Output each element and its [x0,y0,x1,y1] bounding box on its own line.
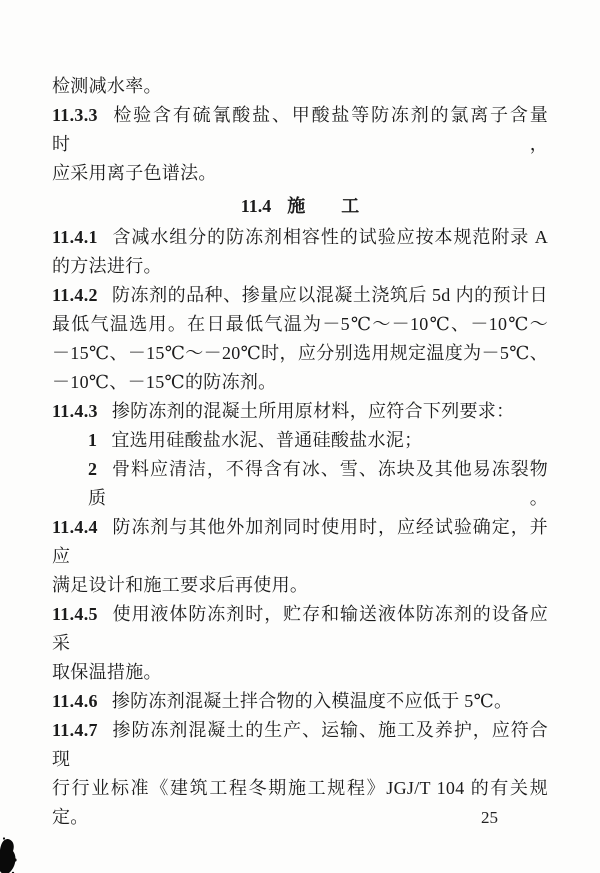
document-line: 检测减水率。 [52,72,548,101]
document-line: 11.4.4防冻剂与其他外加剂同时使用时，应经试验确定，并应 [52,513,548,571]
clause-number: 11.4.4 [52,517,98,537]
line-text: 的方法进行。 [52,256,162,276]
clause-number: 11.4.3 [52,401,98,421]
document-line: －10℃、－15℃的防冻剂。 [52,368,548,397]
document-line: 11.4.7掺防冻剂混凝土的生产、运输、施工及养护，应符合现 [52,716,548,774]
line-text: 使用液体防冻剂时，贮存和输送液体防冻剂的设备应采 [52,604,548,653]
document-line: 11.4.5使用液体防冻剂时，贮存和输送液体防冻剂的设备应采 [52,600,548,658]
document-line: 满足设计和施工要求后再使用。 [52,571,548,600]
document-line: 2骨料应清洁，不得含有冰、雪、冻块及其他易冻裂物质。 [52,455,548,513]
line-text: 掺防冻剂的混凝土所用原材料，应符合下列要求： [112,401,515,421]
line-text: 宜选用硅酸盐水泥、普通硅酸盐水泥； [111,430,422,450]
line-text: 取保温措施。 [52,662,162,682]
document-page: 检测减水率。 11.3.3检验含有硫氰酸盐、甲酸盐等防冻剂的氯离子含量时， 应采… [0,0,600,873]
line-text: 掺防冻剂混凝土拌合物的入模温度不应低于 5℃。 [112,691,513,711]
line-text: 应采用离子色谱法。 [52,163,217,183]
document-line: 11.4.3掺防冻剂的混凝土所用原材料，应符合下列要求： [52,397,548,426]
clause-number: 11.4.7 [52,720,98,740]
line-text: 含减水组分的防冻剂相容性的试验应按本规范附录 A [112,227,548,247]
document-line: 的方法进行。 [52,252,548,281]
line-text: 满足设计和施工要求后再使用。 [52,575,308,595]
document-line: 11.3.3检验含有硫氰酸盐、甲酸盐等防冻剂的氯离子含量时， [52,101,548,159]
document-line: 11.4.1含减水组分的防冻剂相容性的试验应按本规范附录 A [52,223,548,252]
line-text: 检测减水率。 [52,76,162,96]
clause-number: 11.4.2 [52,285,98,305]
document-line: 最低气温选用。在日最低气温为－5℃～－10℃、－10℃～ [52,310,548,339]
clause-number: 11.4.6 [52,691,98,711]
list-item-number: 1 [88,430,97,450]
section-heading-number: 11.4 [241,196,272,216]
document-line: －15℃、－15℃～－20℃时，应分别选用规定温度为－5℃、 [52,339,548,368]
line-text: 检验含有硫氰酸盐、甲酸盐等防冻剂的氯离子含量时， [52,105,548,154]
document-line: 11.4.6掺防冻剂混凝土拌合物的入模温度不应低于 5℃。 [52,687,548,716]
page-number: 25 [481,806,498,830]
text-block: 检测减水率。 11.3.3检验含有硫氰酸盐、甲酸盐等防冻剂的氯离子含量时， 应采… [52,72,548,832]
section-heading: 11.4施 工 [52,192,548,221]
document-line: 应采用离子色谱法。 [52,159,548,188]
line-text: －10℃、－15℃的防冻剂。 [52,372,276,392]
line-text: 骨料应清洁，不得含有冰、雪、冻块及其他易冻裂物质。 [88,459,548,508]
list-item-number: 2 [88,459,97,479]
clause-number: 11.3.3 [52,105,98,125]
ink-smudge-artifact [0,836,27,873]
document-line: 1宜选用硅酸盐水泥、普通硅酸盐水泥； [52,426,548,455]
section-heading-title: 施 工 [287,196,359,216]
clause-number: 11.4.5 [52,604,98,624]
clause-number: 11.4.1 [52,227,98,247]
line-text: 防冻剂的品种、掺量应以混凝土浇筑后 5d 内的预计日 [112,285,548,305]
line-text: 防冻剂与其他外加剂同时使用时，应经试验确定，并应 [52,517,548,566]
line-text: 掺防冻剂混凝土的生产、运输、施工及养护，应符合现 [52,720,548,769]
line-text: 最低气温选用。在日最低气温为－5℃～－10℃、－10℃～ [52,314,548,334]
line-text: －15℃、－15℃～－20℃时，应分别选用规定温度为－5℃、 [52,343,548,363]
line-text: 行行业标准《建筑工程冬期施工规程》JGJ/T 104 的有关规定。 [52,778,548,827]
document-line: 11.4.2防冻剂的品种、掺量应以混凝土浇筑后 5d 内的预计日 [52,281,548,310]
document-line: 取保温措施。 [52,658,548,687]
document-line: 行行业标准《建筑工程冬期施工规程》JGJ/T 104 的有关规定。 [52,774,548,832]
